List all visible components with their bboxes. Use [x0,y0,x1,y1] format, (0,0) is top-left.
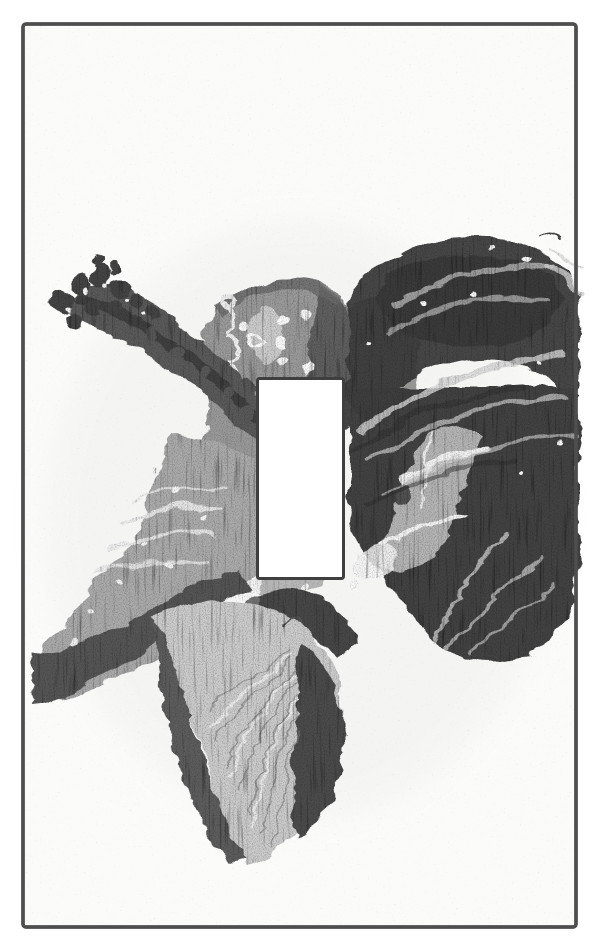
product-photo [0,0,600,952]
toggle-cutout [258,379,344,579]
switch-plate-illustration [0,0,600,952]
